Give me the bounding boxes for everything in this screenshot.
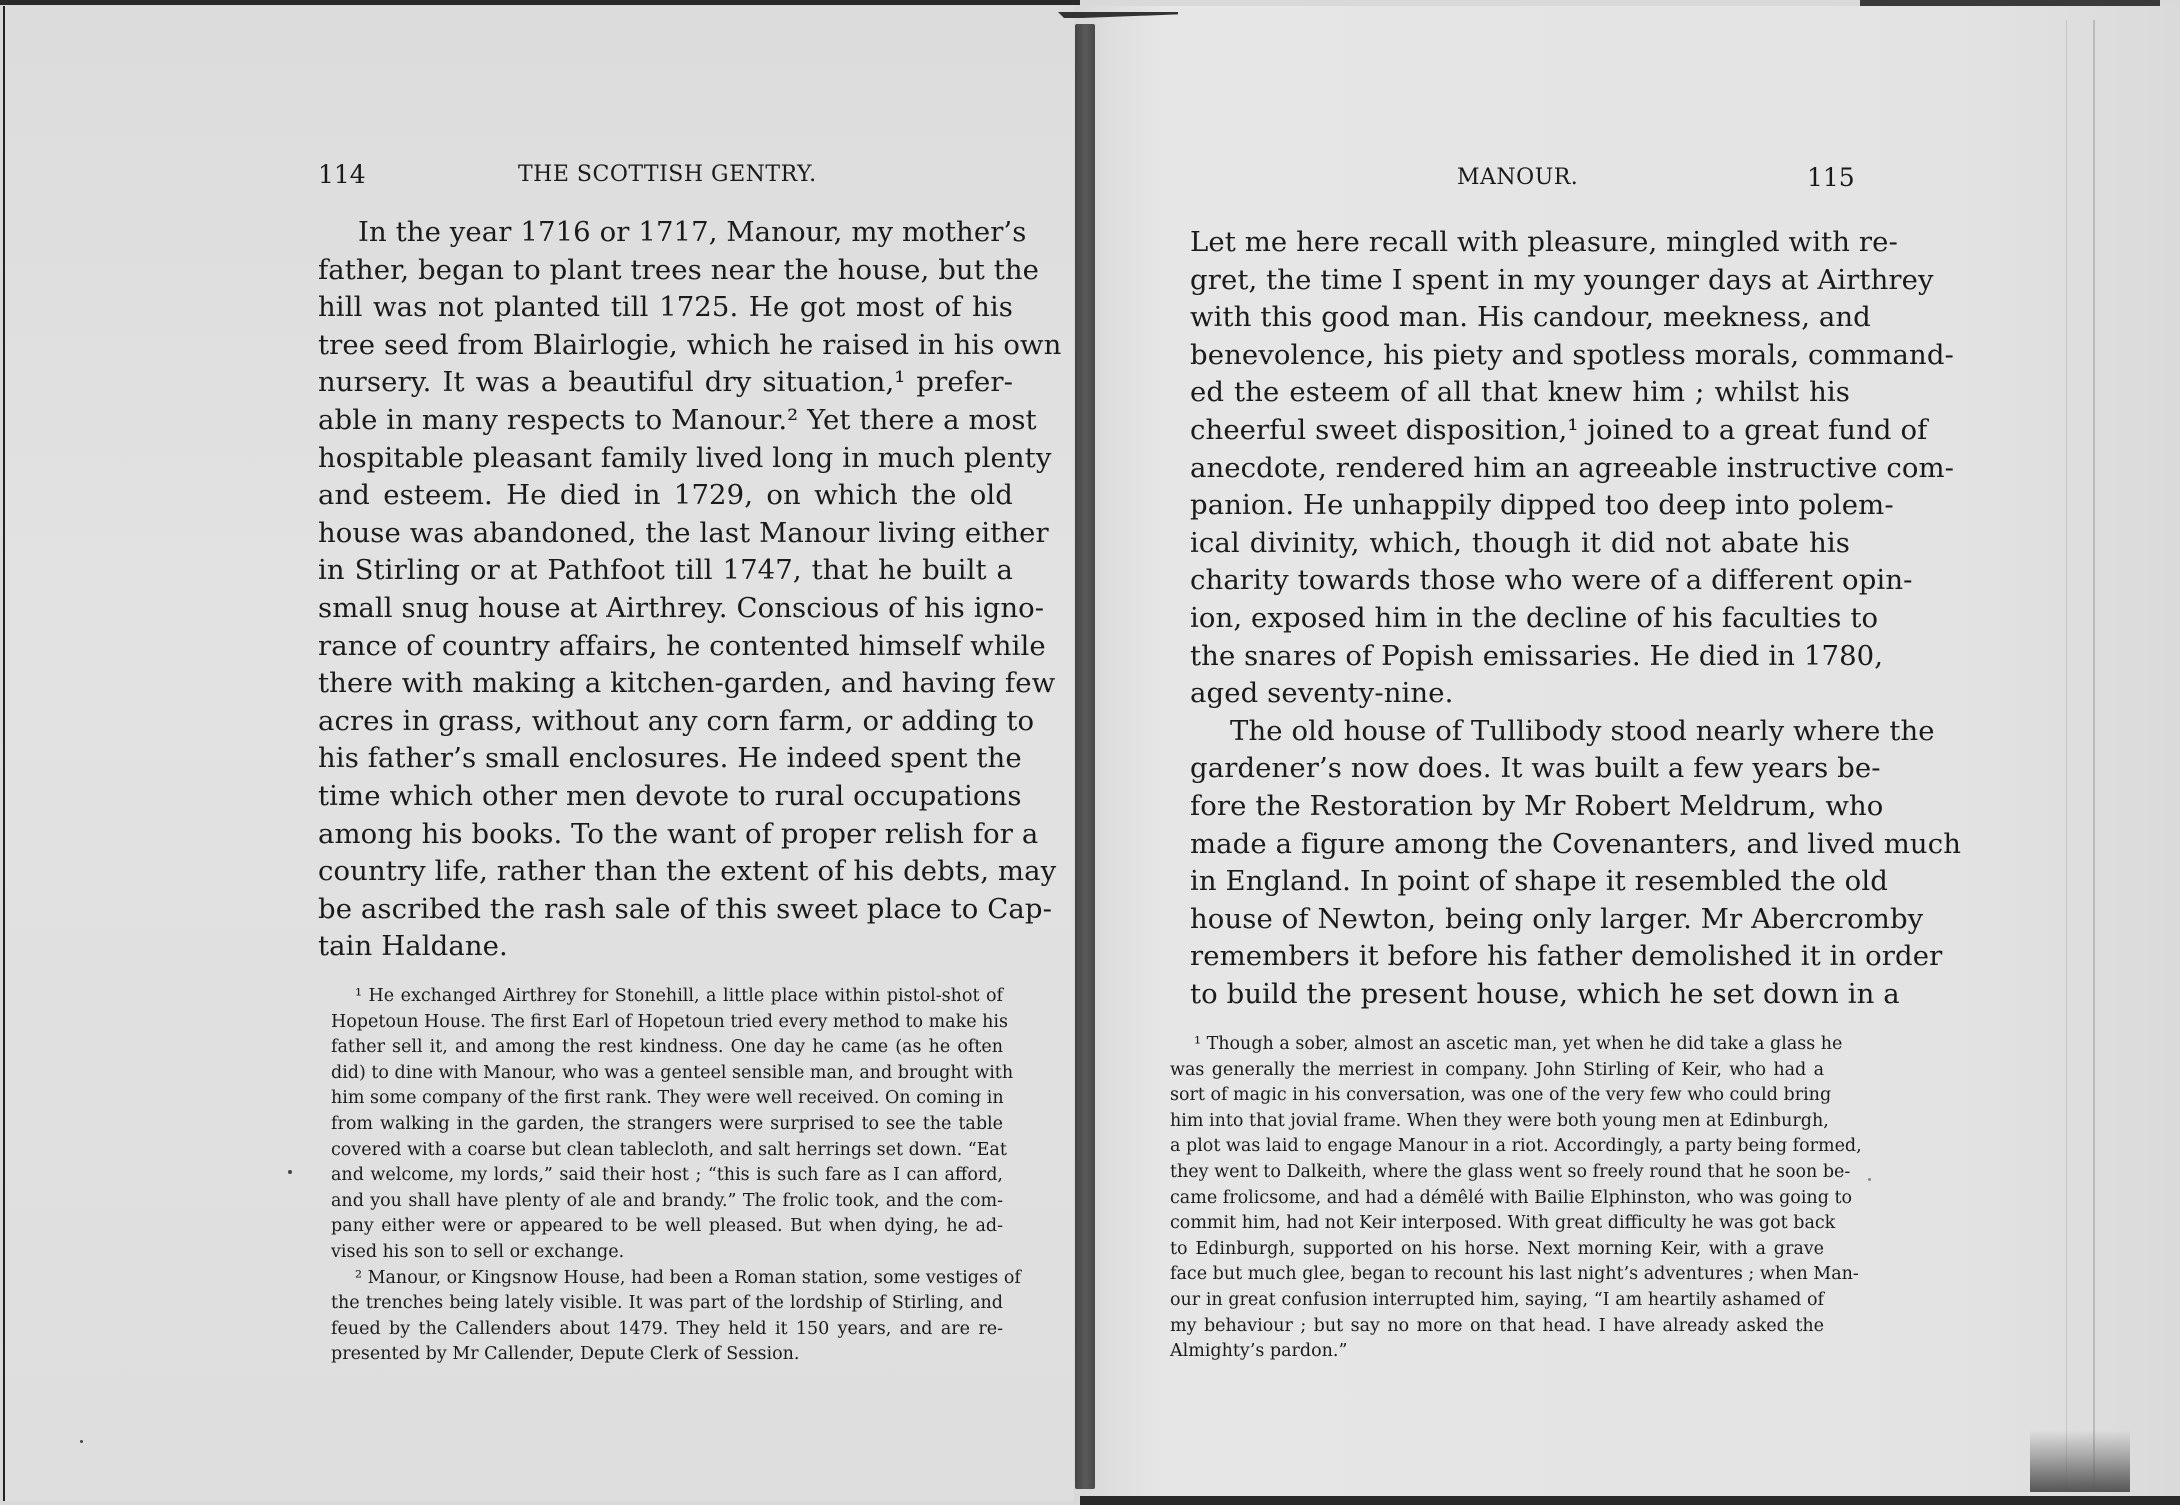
body-line: father, began to plant trees near the ho… — [318, 252, 1013, 290]
body-line: nursery. It was a beautiful dry situatio… — [318, 364, 1013, 402]
footnote-line: to Edinburgh, supported on his horse. Ne… — [1170, 1237, 1824, 1263]
scan-border-bottom — [1080, 1496, 2180, 1505]
page-number-left: 114 — [318, 160, 366, 189]
footnote-line: the trenches being lately visible. It wa… — [331, 1291, 1003, 1317]
body-line: ed the esteem of all that knew him ; whi… — [1190, 374, 1850, 412]
running-head-left: THE SCOTTISH GENTRY. — [518, 162, 817, 187]
footnote-line: Almighty’s pardon.” — [1170, 1339, 1824, 1365]
body-line: country life, rather than the extent of … — [318, 853, 1013, 891]
left-footnotes: ¹ He exchanged Airthrey for Stonehill, a… — [331, 984, 1003, 1368]
body-line: in Stirling or at Pathfoot till 1747, th… — [318, 552, 1013, 590]
page-crease — [2066, 20, 2067, 1490]
running-head-right: MANOUR. — [1457, 165, 1578, 190]
footnote-line: face but much glee, began to recount his… — [1170, 1262, 1824, 1288]
body-line: In the year 1716 or 1717, Manour, my mot… — [318, 214, 1013, 252]
footnote-line: our in great confusion interrupted him, … — [1170, 1288, 1824, 1314]
scan-speck — [80, 1440, 83, 1443]
left-body-text: In the year 1716 or 1717, Manour, my mot… — [318, 214, 1013, 966]
body-line: gret, the time I spent in my younger day… — [1190, 262, 1850, 300]
footnote-line: came frolicsome, and had a démêlé with B… — [1170, 1186, 1824, 1212]
body-line: hospitable pleasant family lived long in… — [318, 440, 1013, 478]
body-line: gardener’s now does. It was built a few … — [1190, 750, 1850, 788]
footnote-line: ¹ He exchanged Airthrey for Stonehill, a… — [331, 984, 1003, 1010]
body-line: with this good man. His candour, meeknes… — [1190, 299, 1850, 337]
page-edge-shadow — [2030, 1430, 2130, 1492]
footnote-line: feued by the Callenders about 1479. They… — [331, 1317, 1003, 1343]
footnote-line: was generally the merriest in company. J… — [1170, 1058, 1824, 1084]
footnote-line: covered with a coarse but clean tableclo… — [331, 1138, 1003, 1164]
footnote-line: commit him, had not Keir interposed. Wit… — [1170, 1211, 1824, 1237]
body-line: and esteem. He died in 1729, on which th… — [318, 477, 1013, 515]
body-line: in England. In point of shape it resembl… — [1190, 863, 1850, 901]
right-footnotes: ¹ Though a sober, almost an ascetic man,… — [1170, 1032, 1824, 1365]
footnote-line: Hopetoun House. The first Earl of Hopeto… — [331, 1010, 1003, 1036]
footnote-line: presented by Mr Callender, Depute Clerk … — [331, 1342, 1003, 1368]
body-line: be ascribed the rash sale of this sweet … — [318, 891, 1013, 929]
footnote-line: ² Manour, or Kingsnow House, had been a … — [331, 1266, 1003, 1292]
body-line: his father’s small enclosures. He indeed… — [318, 740, 1013, 778]
body-line: ion, exposed him in the decline of his f… — [1190, 600, 1850, 638]
body-line: house was abandoned, the last Manour liv… — [318, 515, 1013, 553]
body-line: made a figure among the Covenanters, and… — [1190, 826, 1850, 864]
body-line: charity towards those who were of a diff… — [1190, 562, 1850, 600]
footnote-line: sort of magic in his conversation, was o… — [1170, 1083, 1824, 1109]
scan-speck — [288, 1170, 292, 1174]
footnote-line: my behaviour ; but say no more on that h… — [1170, 1314, 1824, 1340]
footnote-line: him some company of the first rank. They… — [331, 1086, 1003, 1112]
footnote-line: and welcome, my lords,” said their host … — [331, 1163, 1003, 1189]
body-line: the snares of Popish emissaries. He died… — [1190, 638, 1850, 676]
footnote-line: from walking in the garden, the stranger… — [331, 1112, 1003, 1138]
body-line: acres in grass, without any corn farm, o… — [318, 703, 1013, 741]
body-line: able in many respects to Manour.² Yet th… — [318, 402, 1013, 440]
body-line: there with making a kitchen-garden, and … — [318, 665, 1013, 703]
footnote-line: pany either were or appeared to be well … — [331, 1214, 1003, 1240]
body-line: Let me here recall with pleasure, mingle… — [1190, 224, 1850, 262]
body-line: fore the Restoration by Mr Robert Meldru… — [1190, 788, 1850, 826]
body-line: benevolence, his piety and spotless mora… — [1190, 337, 1850, 375]
page-number-right: 115 — [1807, 163, 1855, 192]
footnote-line: did) to dine with Manour, who was a gent… — [331, 1061, 1003, 1087]
body-line: anecdote, rendered him an agreeable inst… — [1190, 450, 1850, 488]
body-line: aged seventy-nine. — [1190, 675, 1850, 713]
footnote-line: him into that jovial frame. When they we… — [1170, 1109, 1824, 1135]
body-line: hill was not planted till 1725. He got m… — [318, 289, 1013, 327]
body-line: ical divinity, which, though it did not … — [1190, 525, 1850, 563]
footnote-line: vised his son to sell or exchange. — [331, 1240, 1003, 1266]
body-line: The old house of Tullibody stood nearly … — [1190, 713, 1850, 751]
footnote-line: ¹ Though a sober, almost an ascetic man,… — [1170, 1032, 1824, 1058]
body-line: small snug house at Airthrey. Conscious … — [318, 590, 1013, 628]
footnote-line: they went to Dalkeith, where the glass w… — [1170, 1160, 1824, 1186]
body-line: rance of country affairs, he contented h… — [318, 628, 1013, 666]
body-line: panion. He unhappily dipped too deep int… — [1190, 487, 1850, 525]
body-line: cheerful sweet disposition,¹ joined to a… — [1190, 412, 1850, 450]
book-gutter-shadow — [1075, 24, 1095, 1489]
footnote-line: a plot was laid to engage Manour in a ri… — [1170, 1134, 1824, 1160]
footnote-line: father sell it, and among the rest kindn… — [331, 1035, 1003, 1061]
body-line: to build the present house, which he set… — [1190, 976, 1850, 1014]
body-line: remembers it before his father demolishe… — [1190, 938, 1850, 976]
scan-speck — [1868, 1178, 1871, 1181]
page-crease — [2093, 20, 2095, 1490]
footnote-line: and you shall have plenty of ale and bra… — [331, 1189, 1003, 1215]
body-line: among his books. To the want of proper r… — [318, 816, 1013, 854]
body-line: house of Newton, being only larger. Mr A… — [1190, 901, 1850, 939]
body-line: tree seed from Blairlogie, which he rais… — [318, 327, 1013, 365]
scan-border-top-left — [0, 0, 1080, 5]
body-line: tain Haldane. — [318, 928, 1013, 966]
right-body-text: Let me here recall with pleasure, mingle… — [1190, 224, 1850, 1013]
body-line: time which other men devote to rural occ… — [318, 778, 1013, 816]
